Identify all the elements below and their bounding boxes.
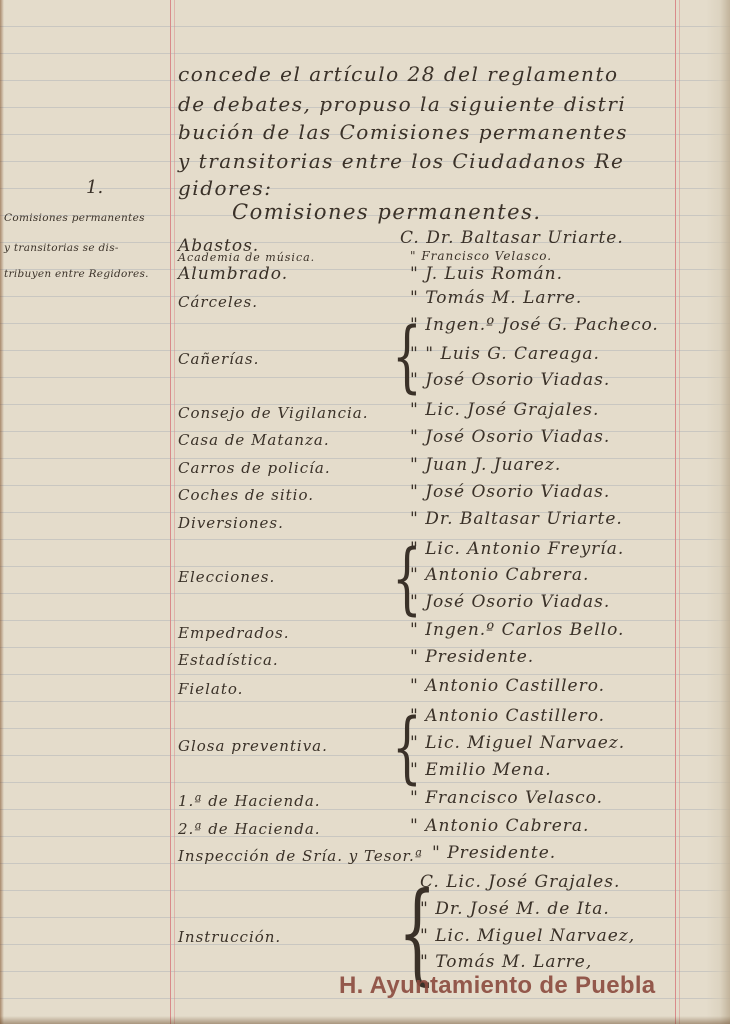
body-line: y transitorias entre los Ciudadanos Re [178, 149, 624, 173]
commission-member: " Antonio Cabrera. [410, 816, 589, 836]
commission-member: " Tomás M. Larre. [410, 288, 582, 308]
commission-member: " Tomás M. Larre, [420, 952, 592, 972]
commission-name: Academia de música. [178, 251, 315, 264]
margin-rule-right [675, 0, 676, 1024]
commission-member: " Antonio Cabrera. [410, 565, 589, 585]
body-line: gidores: [178, 176, 272, 200]
commission-member: " " Luis G. Careaga. [410, 344, 600, 364]
body-line: concede el artículo 28 del reglamento [178, 62, 619, 86]
commission-name: Elecciones. [178, 568, 275, 586]
commission-member: " Antonio Castillero. [410, 676, 605, 696]
commission-member: " Lic. Miguel Narvaez, [420, 926, 635, 946]
margin-rule-left-secondary [174, 0, 175, 1024]
commission-member: " Francisco Velasco. [410, 788, 603, 808]
commission-member: " José Osorio Viadas. [410, 370, 610, 390]
commission-member: " Ingen.º José G. Pacheco. [410, 315, 659, 335]
commission-member: " Juan J. Juarez. [410, 455, 561, 475]
commission-member: " Francisco Velasco. [410, 249, 552, 263]
page-bottom-edge [0, 1016, 730, 1024]
commission-name: 1.ª de Hacienda. [178, 792, 321, 810]
commission-name: Consejo de Vigilancia. [178, 404, 369, 422]
commission-member: " Ingen.º Carlos Bello. [410, 620, 624, 640]
commission-name: 2.ª de Hacienda. [178, 820, 321, 838]
commission-member: " J. Luis Román. [410, 264, 563, 284]
commission-name: Diversiones. [178, 514, 284, 532]
body-line: bución de las Comisiones permanentes [178, 120, 628, 144]
commission-member: " Dr. Baltasar Uriarte. [410, 509, 623, 529]
margin-note-line: Comisiones permanentes [4, 212, 145, 224]
margin-note-line: y transitorias se dis- [4, 242, 119, 254]
commission-member: " Lic. Miguel Narvaez. [410, 733, 625, 753]
commission-name: Fielato. [178, 680, 243, 698]
commission-name: Empedrados. [178, 624, 289, 642]
commission-name: Cañerías. [178, 350, 259, 368]
commission-name: Carros de policía. [178, 459, 331, 477]
commission-member: " Presidente. [410, 647, 534, 667]
commission-name: Casa de Matanza. [178, 431, 330, 449]
commission-name: Glosa preventiva. [178, 737, 328, 755]
margin-entry-number: 1. [86, 177, 103, 198]
commission-name: Instrucción. [178, 928, 281, 946]
commission-member: " Lic. José Grajales. [410, 400, 599, 420]
commission-member: C. Dr. Baltasar Uriarte. [400, 228, 624, 248]
commission-name: Estadística. [178, 651, 279, 669]
commission-member: " Lic. Antonio Freyría. [410, 539, 624, 559]
commission-member: " Emilio Mena. [410, 760, 552, 780]
margin-rule-left [170, 0, 171, 1024]
archive-watermark: H. Ayuntamiento de Puebla [339, 972, 655, 1000]
commission-name: Coches de sitio. [178, 486, 314, 504]
commission-member: " José Osorio Viadas. [410, 427, 610, 447]
commission-name: Cárceles. [178, 293, 258, 311]
section-heading: Comisiones permanentes. [232, 200, 542, 224]
body-line: de debates, propuso la siguiente distri [178, 92, 626, 116]
commission-member: " Antonio Castillero. [410, 706, 605, 726]
commission-member: C. Lic. José Grajales. [420, 872, 620, 892]
commission-member: " José Osorio Viadas. [410, 482, 610, 502]
commission-name: Inspección de Sría. y Tesor.ª [178, 847, 423, 865]
margin-note-line: tribuyen entre Regidores. [4, 268, 149, 280]
commission-member: " José Osorio Viadas. [410, 592, 610, 612]
commission-name: Alumbrado. [178, 264, 288, 284]
margin-rule-right-secondary [679, 0, 680, 1024]
commission-member: " Dr. José M. de Ita. [420, 899, 610, 919]
ledger-page: concede el artículo 28 del reglamento de… [0, 0, 730, 1024]
commission-member: " Presidente. [432, 843, 556, 863]
